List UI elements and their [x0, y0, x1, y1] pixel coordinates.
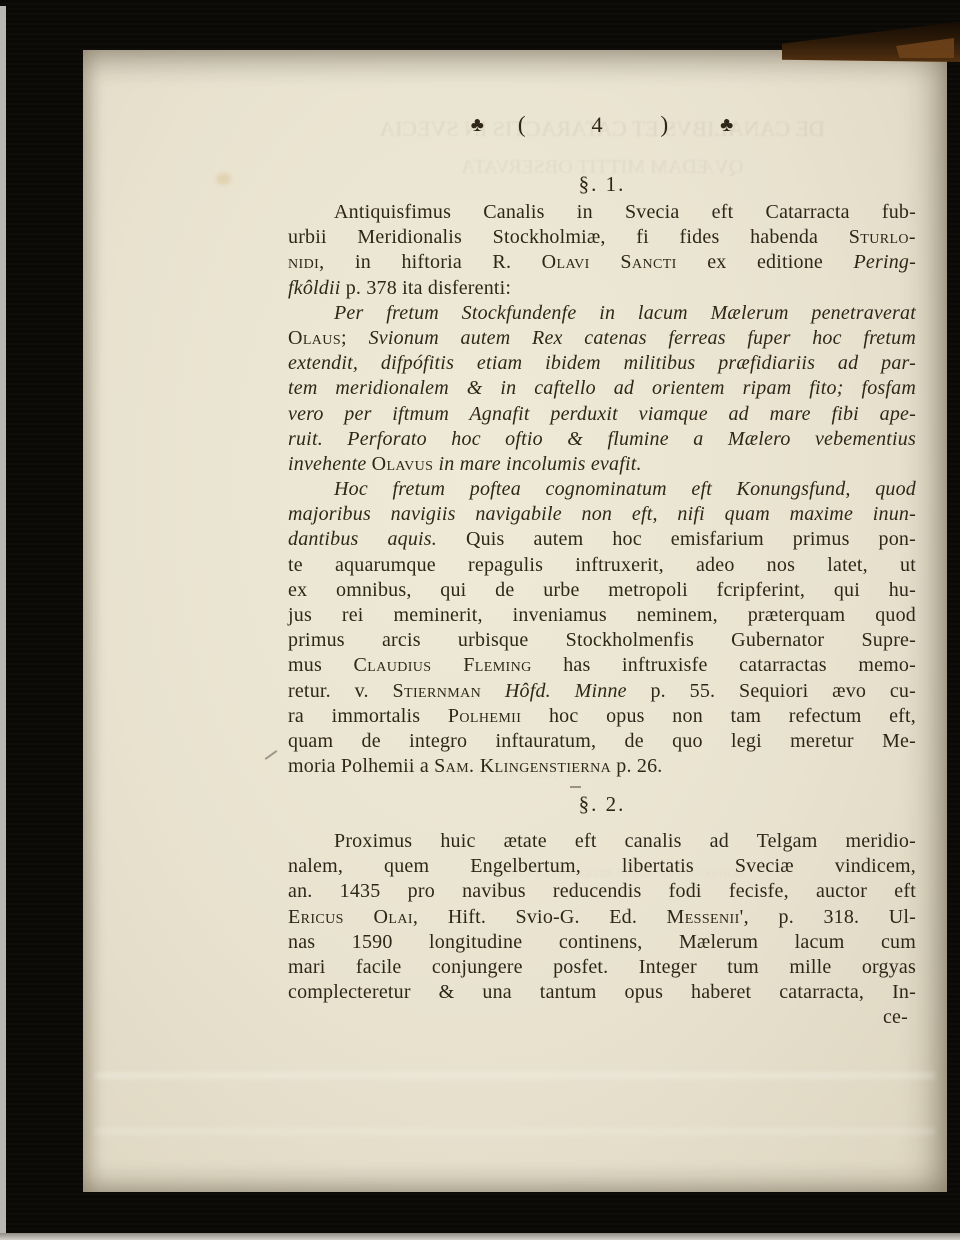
text-segment: p. 318. Ul-: [749, 906, 916, 928]
text-segment: ex omnibus, qui de urbe metropoli fcripf…: [288, 579, 916, 601]
text-line: complecteretur & una tantum opus haberet…: [288, 980, 916, 1005]
text-line: nalem, quem Engelbertum, libertatis Svec…: [288, 854, 916, 879]
text-line: vero per iftmum Agnafit perduxit viamque…: [288, 402, 916, 427]
text-segment: tem meridionalem & in caftello ad orient…: [288, 377, 916, 399]
text-segment: p. 55. Sequiori ævo cu-: [627, 680, 916, 702]
text-line: jus rei meminerit, inveniamus neminem, p…: [288, 603, 916, 628]
text-segment: in hiftoria R.: [325, 251, 542, 273]
text-segment: Antiquisfimus Canalis in Svecia eft Cata…: [334, 201, 916, 223]
text-segment: majoribus navigiis navigabile non eft, n…: [288, 503, 916, 525]
text-segment: mari facile conjungere posfet. Integer t…: [288, 956, 916, 978]
text-line: ce-: [288, 1005, 916, 1030]
text-segment: hoc opus non tam refectum eft,: [521, 705, 916, 727]
section-1-text: Antiquisfimus Canalis in Svecia eft Cata…: [288, 200, 916, 779]
text-line: mari facile conjungere posfet. Integer t…: [288, 955, 916, 980]
page-number-paren-open: (: [518, 112, 526, 138]
text-line: ra immortalis Polhemii hoc opus non tam …: [288, 704, 916, 729]
text-segment: Hoc fretum poftea cognominatum eft Konun…: [334, 478, 916, 500]
text-line: nas 1590 longitudine continens, Mælerum …: [288, 930, 916, 955]
text-segment: Per fretum Stockfundenfe in lacum Mæleru…: [334, 302, 916, 324]
floral-ornament-icon: ♣: [720, 114, 733, 137]
text-segment: ex editione: [677, 251, 854, 273]
floral-ornament-icon: ♣: [471, 114, 484, 137]
text-line: primus arcis urbisque Stockholmenfis Gub…: [288, 628, 916, 653]
text-segment: Pering-: [854, 251, 917, 273]
text-segment: Sturlo-: [849, 226, 916, 248]
text-segment: Olavus: [372, 453, 434, 475]
text-segment: primus arcis urbisque Stockholmenfis Gub…: [288, 629, 916, 651]
text-segment: nalem, quem Engelbertum, libertatis Svec…: [288, 855, 916, 877]
paper-stain: [216, 173, 231, 185]
text-line: an. 1435 pro navibus reducendis fodi fec…: [288, 879, 916, 904]
text-line: moria Polhemii a Sam. Klingenstierna p. …: [288, 754, 916, 779]
text-line: extendit, difpófitis etiam ibidem militi…: [288, 351, 916, 376]
text-segment: has inftruxisfe catarractas memo-: [532, 654, 916, 676]
text-line: invehente Olavus in mare incolumis evafi…: [288, 452, 916, 477]
text-segment: an. 1435 pro navibus reducendis fodi fec…: [288, 880, 916, 902]
text-segment: jus rei meminerit, inveniamus neminem, p…: [288, 604, 916, 626]
text-segment: Ericus Olai,: [288, 906, 418, 928]
text-segment: Polhemii: [448, 705, 521, 727]
text-line: Hoc fretum poftea cognominatum eft Konun…: [288, 477, 916, 502]
text-segment: complecteretur & una tantum opus haberet…: [288, 981, 916, 1003]
text-line: te aquarumque repagulis inftruxerit, ade…: [288, 553, 916, 578]
text-segment: vero per iftmum Agnafit perduxit viamque…: [288, 403, 916, 425]
section-2-text: Proximus huic ætate eft canalis ad Telga…: [288, 829, 916, 1031]
text-segment: te aquarumque repagulis inftruxerit, ade…: [288, 554, 916, 576]
text-line: mus Claudius Fleming has inftruxisfe cat…: [288, 653, 916, 678]
text-segment: nidi,: [288, 251, 325, 273]
text-segment: Sam. Klingenstierna: [434, 755, 611, 777]
text-line: Per fretum Stockfundenfe in lacum Mæleru…: [288, 301, 916, 326]
text-line: quam de integro inftauratum, de quo legi…: [288, 729, 916, 754]
text-line: ruit. Perforato hoc oftio & flumine a Mæ…: [288, 427, 916, 452]
running-head: ♣ ( 4 ) ♣: [288, 112, 916, 138]
text-line: nidi, in hiftoria R. Olavi Sancti ex edi…: [288, 250, 916, 275]
text-segment: Olaus;: [288, 327, 347, 349]
text-segment: extendit, difpófitis etiam ibidem militi…: [288, 352, 916, 374]
text-segment: Proximus huic ætate eft canalis ad Telga…: [334, 830, 916, 852]
section-1-heading: §. 1.: [288, 172, 916, 197]
text-segment: Hift. Svio-G. Ed.: [418, 906, 666, 928]
page-number: 4: [592, 112, 603, 138]
text-segment: quam de integro inftauratum, de quo legi…: [288, 730, 916, 752]
text-segment: retur. v.: [288, 680, 392, 702]
text-segment: [481, 680, 505, 702]
text-segment: nas 1590 longitudine continens, Mælerum …: [288, 931, 916, 953]
text-segment: moria Polhemii a: [288, 755, 434, 777]
text-segment: Quis autem hoc emisfarium primus pon-: [437, 528, 916, 550]
text-line: Antiquisfimus Canalis in Svecia eft Cata…: [288, 200, 916, 225]
text-segment: ra immortalis: [288, 705, 448, 727]
text-segment: p. 26.: [611, 755, 662, 777]
text-segment: ce-: [883, 1006, 908, 1028]
text-line: tem meridionalem & in caftello ad orient…: [288, 376, 916, 401]
text-segment: mus: [288, 654, 354, 676]
text-line: urbii Meridionalis Stockholmiæ, fi fides…: [288, 225, 916, 250]
text-line: Ericus Olai, Hift. Svio-G. Ed. Messenii'…: [288, 905, 916, 930]
text-segment: invehente: [288, 453, 372, 475]
text-segment: ruit. Perforato hoc oftio & flumine a Mæ…: [288, 428, 916, 450]
text-line: dantibus aquis. Quis autem hoc emisfariu…: [288, 527, 916, 552]
text-segment: p. 378 ita disferenti:: [341, 277, 512, 299]
paper-chain-line: [95, 1128, 935, 1135]
stray-ink-mark: [570, 786, 581, 788]
text-segment: fkôldii: [288, 277, 341, 299]
text-segment: Claudius Fleming: [354, 654, 532, 676]
section-2-heading: §. 2.: [288, 792, 916, 817]
text-line: Proximus huic ætate eft canalis ad Telga…: [288, 829, 916, 854]
text-segment: dantibus aquis.: [288, 528, 437, 550]
text-segment: Hôfd. Minne: [505, 680, 627, 702]
page-number-paren-close: ): [661, 112, 669, 138]
scanner-edge-bottom: [0, 1233, 960, 1240]
text-line: fkôldii p. 378 ita disferenti:: [288, 276, 916, 301]
text-line: ex omnibus, qui de urbe metropoli fcripf…: [288, 578, 916, 603]
text-segment: Stiernman: [392, 680, 481, 702]
text-line: majoribus navigiis navigabile non eft, n…: [288, 502, 916, 527]
text-line: retur. v. Stiernman Hôfd. Minne p. 55. S…: [288, 679, 916, 704]
text-line: Olaus; Svionum autem Rex catenas ferreas…: [288, 326, 916, 351]
text-segment: Olavi Sancti: [542, 251, 677, 273]
text-segment: Messenii',: [667, 906, 750, 928]
paper-chain-line: [95, 1072, 935, 1079]
scanner-edge-left: [0, 6, 6, 1234]
text-segment: in mare incolumis evafit.: [433, 453, 641, 475]
scan-background: DE CANALIBVS ET CATARACTIS IN SVECIA QVÆ…: [0, 0, 960, 1240]
text-segment: Svionum autem Rex catenas ferreas fuper …: [347, 327, 916, 349]
text-segment: urbii Meridionalis Stockholmiæ, fi fides…: [288, 226, 849, 248]
